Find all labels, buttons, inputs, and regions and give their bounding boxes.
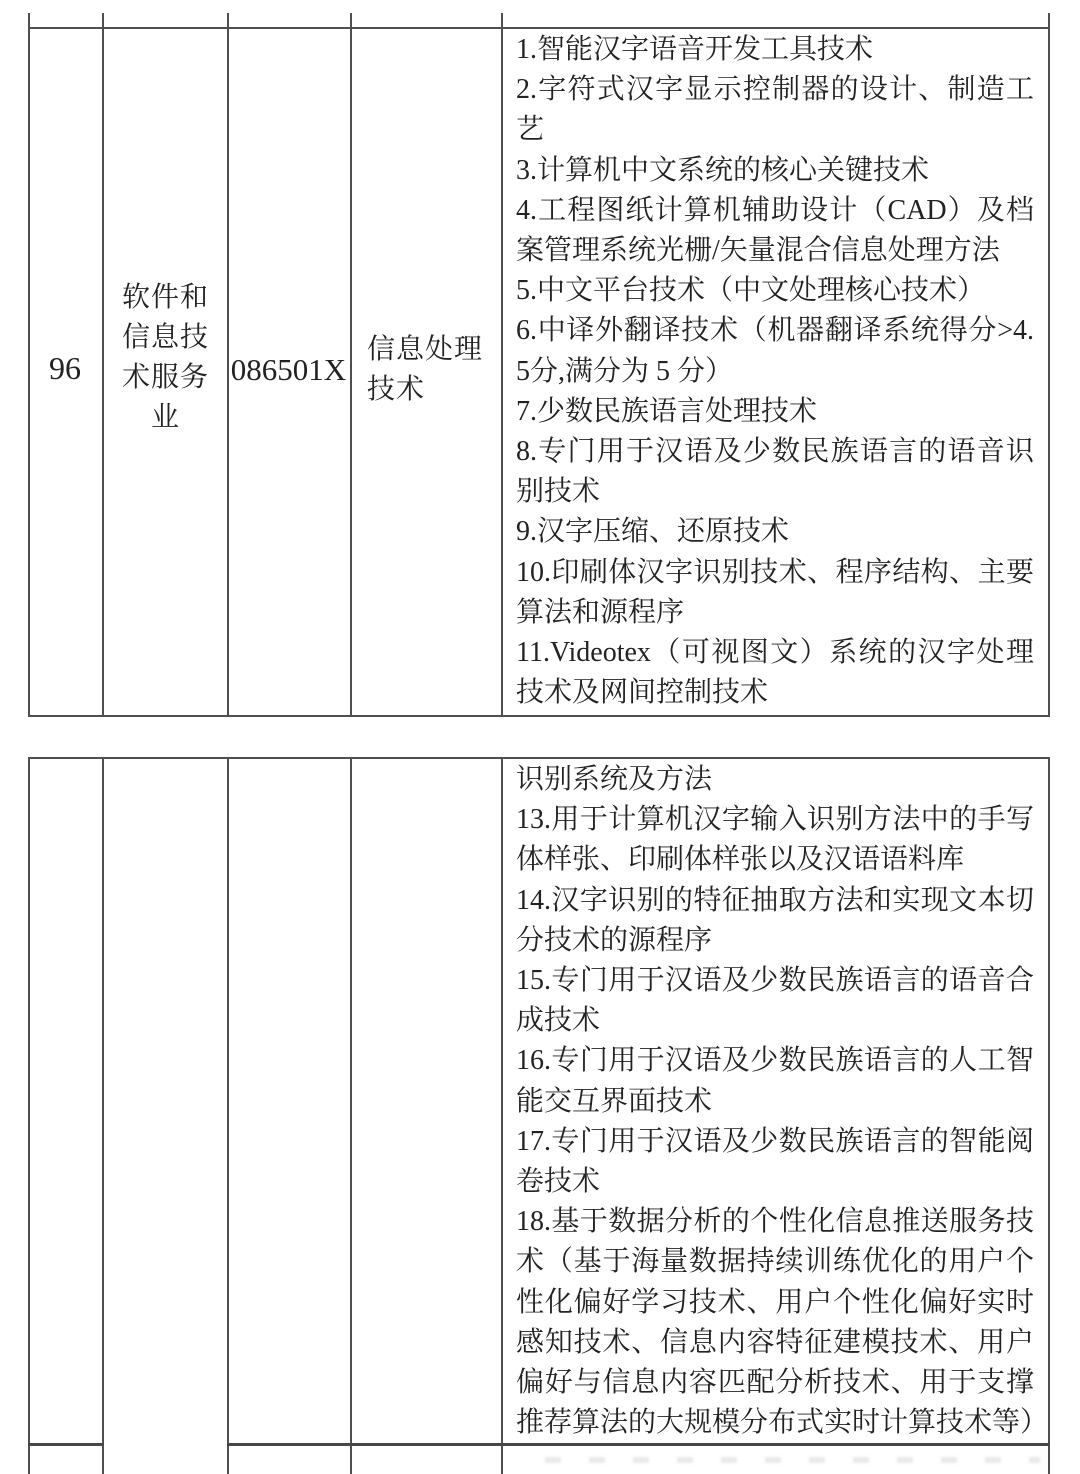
list-item: 12.具有交互和自学习功能的脱机手写汉字 [516,713,1034,716]
list-item: 10.印刷体汉字识别技术、程序结构、主要算法和源程序 [516,553,1034,633]
list-item: 2.字符式汉字显示控制器的设计、制造工艺 [516,70,1034,150]
list-item: 7.少数民族语言处理技术 [516,392,1034,432]
list-item: 14.汉字识别的特征抽取方法和实现文本切分技术的源程序 [516,881,1034,961]
list-item: 15.专门用于汉语及少数民族语言的语音合成技术 [516,961,1034,1041]
serial-number-cell: 96 [28,350,102,387]
list-item: 识别系统及方法 [516,760,1034,800]
technology-code-cell: 086501X [227,352,350,388]
technology-name-cell: 信息处理技术 [367,330,491,410]
document-page: 96 软件和信息技术服务业 086501X 信息处理技术 1.智能汉字语音开发工… [0,0,1080,1474]
table-border [501,13,503,717]
table-border [28,1443,104,1446]
list-item: 3.计算机中文系统的核心关键技术 [516,151,1034,191]
list-item: 1.智能汉字语音开发工具技术 [516,30,1034,70]
list-item: 13.用于计算机汉字输入识别方法中的手写体样张、印刷体样张以及汉语语料库 [516,800,1034,880]
list-item: 17.专门用于汉语及少数民族语言的智能阅卷技术 [516,1122,1034,1202]
table-border [350,13,352,717]
industry-category-cell: 软件和信息技术服务业 [104,278,227,438]
table-border [102,757,104,1474]
table-border [501,757,503,1474]
list-item: 16.专门用于汉语及少数民族语言的人工智能交互界面技术 [516,1041,1034,1121]
list-item: 18.基于数据分析的个性化信息推送服务技术（基于海量数据持续训练优化的用户个性化… [516,1202,1034,1443]
list-item: 8.专门用于汉语及少数民族语言的语音识别技术 [516,432,1034,512]
list-item: 9.汉字压缩、还原技术 [516,512,1034,552]
technology-item-list-2: 识别系统及方法 13.用于计算机汉字输入识别方法中的手写体样张、印刷体样张以及汉… [516,760,1034,1444]
table-border [1048,757,1050,1474]
list-item: 11.Videotex（可视图文）系统的汉字处理技术及网间控制技术 [516,633,1034,713]
table-border [28,757,1050,759]
list-item: 4.工程图纸计算机辅助设计（CAD）及档案管理系统光栅/矢量混合信息处理方法 [516,191,1034,271]
cutoff-next-row-ghost [545,1457,1040,1463]
technology-item-list-1: 1.智能汉字语音开发工具技术 2.字符式汉字显示控制器的设计、制造工艺 3.计算… [516,30,1034,716]
table-border [1048,13,1050,717]
industry-category-text: 软件和信息技术服务业 [120,278,212,438]
table-border [28,757,30,1474]
list-item: 5.中文平台技术（中文处理核心技术） [516,271,1034,311]
table-border [28,27,1050,29]
table-border [227,757,229,1474]
list-item: 6.中译外翻译技术（机器翻译系统得分>4. 5分,满分为 5 分） [516,311,1034,391]
table-border [350,757,352,1474]
